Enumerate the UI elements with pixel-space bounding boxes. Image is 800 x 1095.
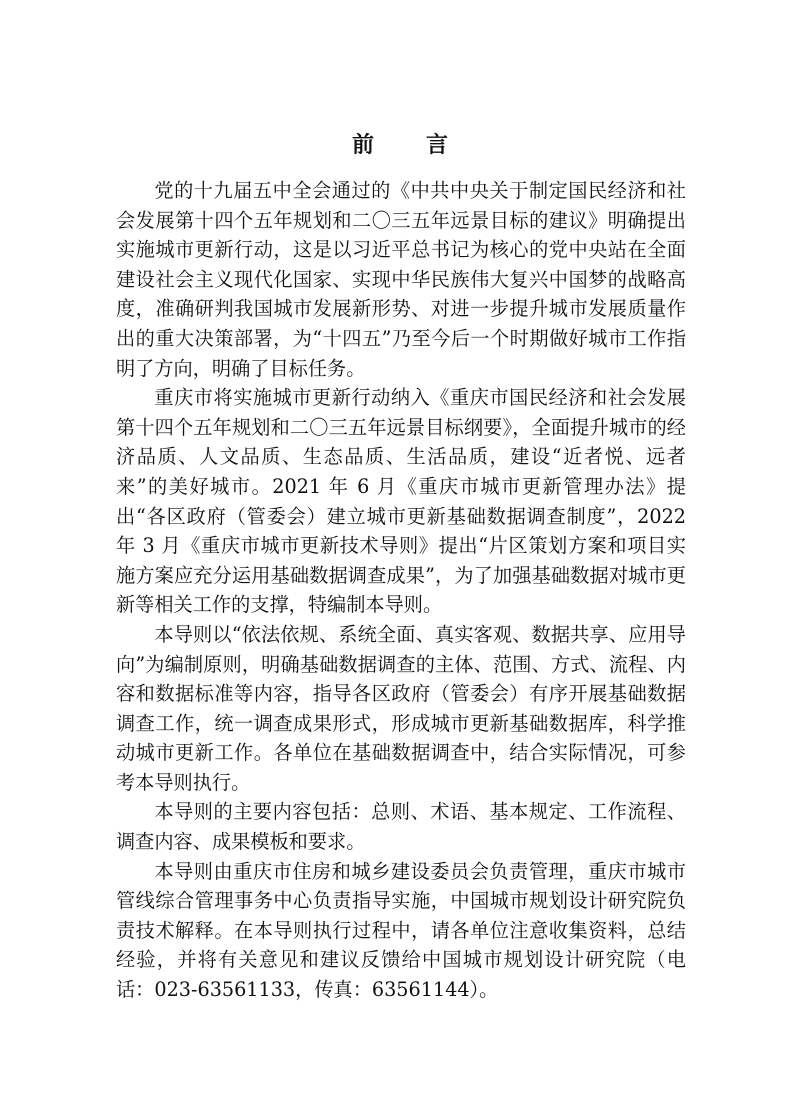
page-title: 前言 <box>0 128 800 159</box>
paragraph-5: 本导则由重庆市住房和城乡建设委员会负责管理，重庆市城市管线综合管理事务中心负责指… <box>116 857 686 1005</box>
title-char-1: 前 <box>352 128 374 159</box>
paragraph-4: 本导则的主要内容包括：总则、术语、基本规定、工作流程、调查内容、成果模板和要求。 <box>116 797 686 856</box>
paragraph-3: 本导则以“依法依规、系统全面、真实客观、数据共享、应用导向”为编制原则，明确基础… <box>116 620 686 798</box>
title-char-2: 言 <box>426 128 448 159</box>
paragraph-1: 党的十九届五中全会通过的《中共中央关于制定国民经济和社会发展第十四个五年规划和二… <box>116 176 686 383</box>
paragraph-2: 重庆市将实施城市更新行动纳入《重庆市国民经济和社会发展第十四个五年规划和二〇三五… <box>116 383 686 620</box>
preface-body: 党的十九届五中全会通过的《中共中央关于制定国民经济和社会发展第十四个五年规划和二… <box>116 176 686 1005</box>
